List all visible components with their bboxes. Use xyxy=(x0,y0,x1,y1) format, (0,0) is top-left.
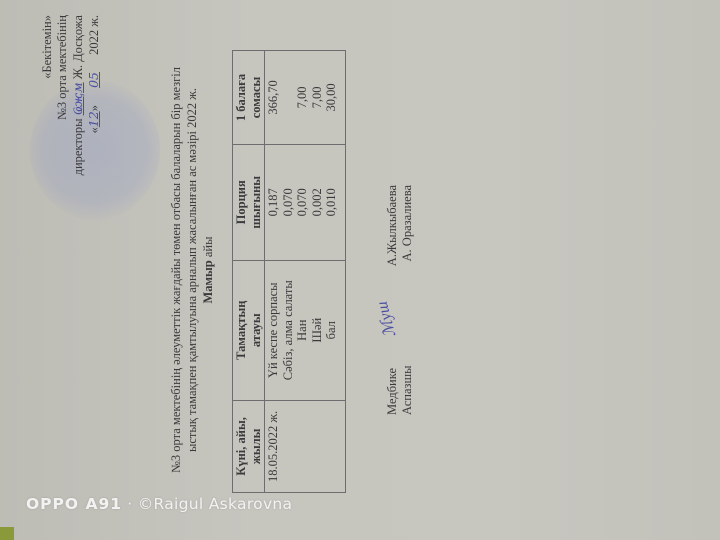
approval-title: «Бекітемін» xyxy=(40,15,55,245)
food-item: Шәй xyxy=(310,264,325,397)
signatures-block: ℳуш Медбике А.Жылкыбаева Аспазшы А. Ораз… xyxy=(385,185,415,415)
approval-day: 12 xyxy=(86,111,101,127)
price-value: 7,00 xyxy=(295,54,310,141)
header-price-per-child: 1 балаға сомасы xyxy=(233,51,265,145)
heading-line-1: №3 орта мектебінің әлеуметтік жағдайы тө… xyxy=(168,40,184,500)
approval-school: №3 орта мектебінің xyxy=(55,15,70,245)
signature-name: А. Оразалиева xyxy=(400,185,415,261)
table-row: 18.05.2022 ж. Үй кеспе сорпасы Сәбіз, ал… xyxy=(265,51,346,493)
heading-line-2: ыстық тамақпен қамтылуына арналып жасалы… xyxy=(184,40,200,500)
portion-value: 0,010 xyxy=(324,148,339,257)
portion-value: 0,187 xyxy=(266,148,281,257)
signature-role: Медбике xyxy=(385,368,400,415)
menu-heading: №3 орта мектебінің әлеуметтік жағдайы тө… xyxy=(168,40,216,500)
approval-month: 05 xyxy=(86,58,101,102)
table-header-row: Күні, айы, жылы Тамақтың атауы Порция шы… xyxy=(233,51,265,493)
portion-value: 0,002 xyxy=(310,148,325,257)
rotated-document-page: «Бекітемін» №3 орта мектебінің директоры… xyxy=(0,0,720,540)
food-item: Нан xyxy=(295,264,310,397)
heading-month: Мамыр айы xyxy=(200,40,216,500)
header-date: Күні, айы, жылы xyxy=(233,400,265,492)
director-signature: Ҩҗм xyxy=(70,82,85,115)
approval-director-line: директоры Ҩҗм Ж. Досқожа xyxy=(70,15,86,245)
cell-prices: 366,70 7,00 7,00 30,00 xyxy=(265,51,346,145)
portion-value: 0,070 xyxy=(281,148,296,257)
watermark-credit: ©Raigul Askarovna xyxy=(138,495,293,513)
price-value: 366,70 xyxy=(266,54,281,141)
approval-year: 2022 ж. xyxy=(87,15,101,55)
approval-block: «Бекітемін» №3 орта мектебінің директоры… xyxy=(40,15,102,245)
month-name: Мамыр xyxy=(201,260,215,303)
signature-name: А.Жылкыбаева xyxy=(385,185,400,266)
director-label: директоры xyxy=(71,118,85,175)
signature-role: Аспазшы xyxy=(400,366,415,415)
food-item: бал xyxy=(324,264,339,397)
food-item: Үй кеспе сорпасы xyxy=(266,264,281,397)
director-name: Ж. Досқожа xyxy=(71,15,85,79)
approval-date: «12» 05 2022 ж. xyxy=(86,15,102,245)
cell-portions: 0,187 0,070 0,070 0,002 0,010 xyxy=(265,144,346,260)
header-food-name: Тамақтың атауы xyxy=(233,260,265,400)
cell-date: 18.05.2022 ж. xyxy=(265,400,346,492)
price-value: 7,00 xyxy=(310,54,325,141)
price-value xyxy=(281,54,296,141)
camera-watermark: OPPO A91 · ©Raigul Askarovna xyxy=(26,495,292,513)
watermark-device: OPPO A91 xyxy=(26,495,122,513)
watermark-separator: · xyxy=(122,495,138,513)
month-suffix: айы xyxy=(201,236,215,257)
cell-foods: Үй кеспе сорпасы Сәбіз, алма салаты Нан … xyxy=(265,260,346,400)
food-item: Сәбіз, алма салаты xyxy=(281,264,296,397)
menu-table: Күні, айы, жылы Тамақтың атауы Порция шы… xyxy=(232,50,346,493)
portion-value: 0,070 xyxy=(295,148,310,257)
header-portion: Порция шығыны xyxy=(233,144,265,260)
price-value: 30,00 xyxy=(324,54,339,141)
